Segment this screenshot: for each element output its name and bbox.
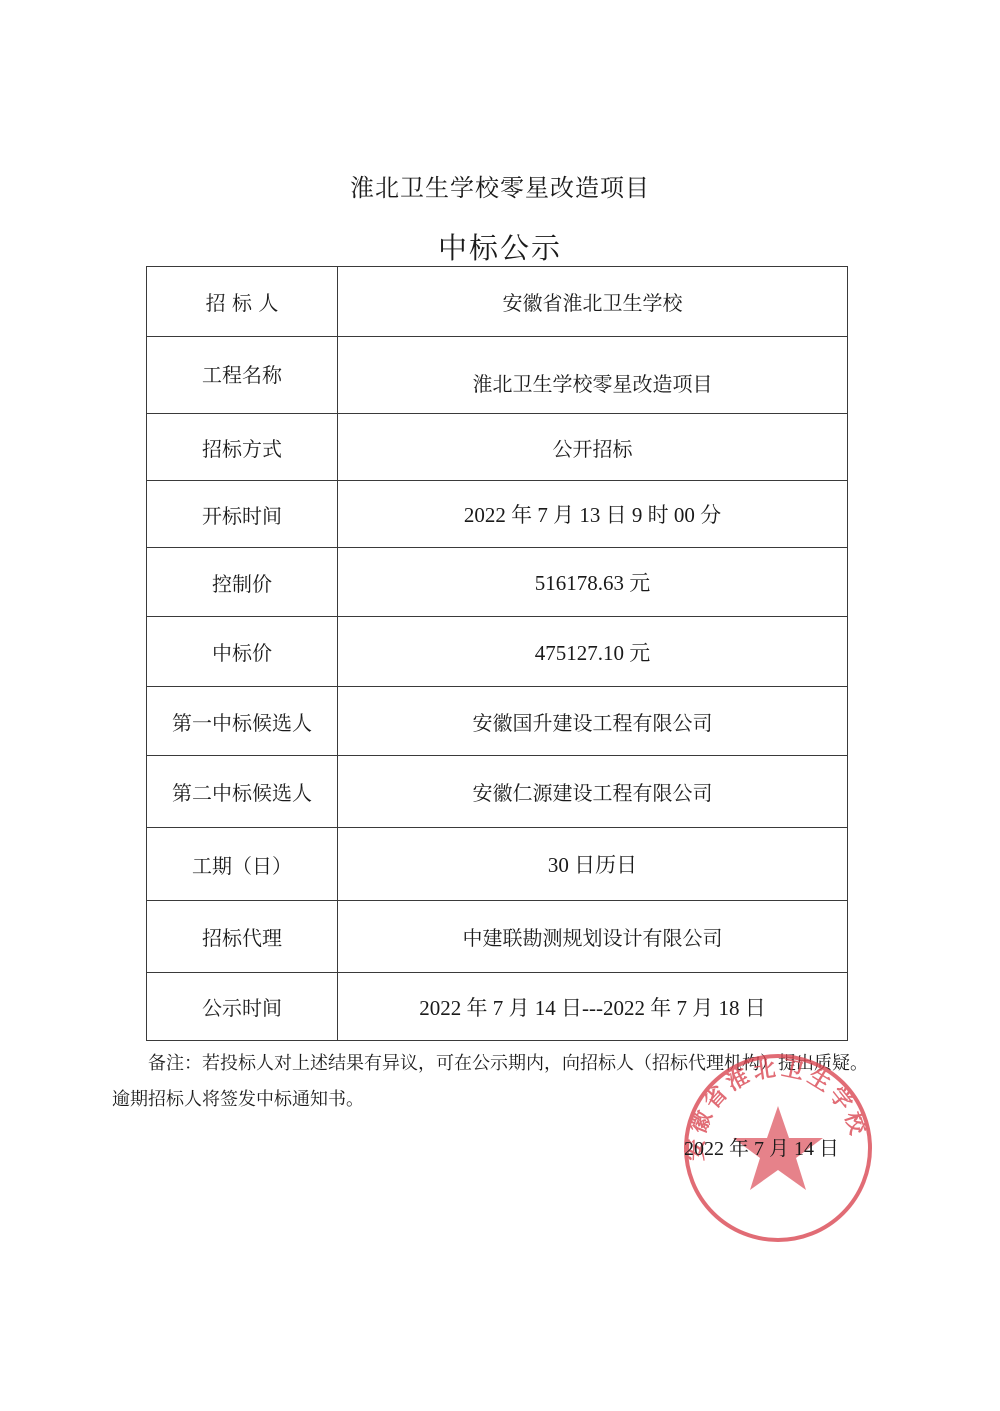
row-label-first-candidate: 第一中标候选人: [147, 687, 338, 756]
table-row: 开标时间 2022 年 7 月 13 日 9 时 00 分: [147, 481, 848, 548]
table-row: 公示时间 2022 年 7 月 14 日---2022 年 7 月 18 日: [147, 973, 848, 1041]
table-row: 控制价 516178.63 元: [147, 548, 848, 617]
signature-date: 2022 年 7 月 14 日: [684, 1132, 839, 1161]
document-subtitle: 中标公示: [0, 226, 1000, 267]
row-value-second-candidate: 安徽仁源建设工程有限公司: [338, 756, 848, 828]
table-row: 招 标 人 安徽省淮北卫生学校: [147, 267, 848, 337]
table-row: 中标价 475127.10 元: [147, 617, 848, 687]
row-label-second-candidate: 第二中标候选人: [147, 756, 338, 828]
row-value-project-name: 淮北卫生学校零星改造项目: [338, 337, 848, 414]
row-value-publicity-period: 2022 年 7 月 14 日---2022 年 7 月 18 日: [338, 973, 848, 1041]
row-value-duration: 30 日历日: [338, 828, 848, 901]
table-row: 第二中标候选人 安徽仁源建设工程有限公司: [147, 756, 848, 828]
row-value-control-price: 516178.63 元: [338, 548, 848, 617]
table-row: 工程名称 淮北卫生学校零星改造项目: [147, 337, 848, 414]
row-value-bid-method: 公开招标: [338, 414, 848, 481]
remarks-note: 备注：若投标人对上述结果有异议，可在公示期内，向招标人（招标代理机构）提出质疑。…: [112, 1046, 882, 1118]
row-label-winning-price: 中标价: [147, 617, 338, 687]
row-value-opening-time: 2022 年 7 月 13 日 9 时 00 分: [338, 481, 848, 548]
table-row: 招标方式 公开招标: [147, 414, 848, 481]
table-row: 第一中标候选人 安徽国升建设工程有限公司: [147, 687, 848, 756]
table-row: 招标代理 中建联勘测规划设计有限公司: [147, 901, 848, 973]
row-value-agent: 中建联勘测规划设计有限公司: [338, 901, 848, 973]
award-notice-table: 招 标 人 安徽省淮北卫生学校 工程名称 淮北卫生学校零星改造项目 招标方式 公…: [146, 266, 848, 1041]
row-label-tenderer: 招 标 人: [147, 267, 338, 337]
row-label-agent: 招标代理: [147, 901, 338, 973]
row-label-opening-time: 开标时间: [147, 481, 338, 548]
row-label-publicity-period: 公示时间: [147, 973, 338, 1041]
row-value-first-candidate: 安徽国升建设工程有限公司: [338, 687, 848, 756]
row-label-duration: 工期（日）: [147, 828, 338, 901]
row-label-bid-method: 招标方式: [147, 414, 338, 481]
table-row: 工期（日） 30 日历日: [147, 828, 848, 901]
row-value-winning-price: 475127.10 元: [338, 617, 848, 687]
row-label-control-price: 控制价: [147, 548, 338, 617]
row-label-project-name: 工程名称: [147, 337, 338, 414]
row-value-tenderer: 安徽省淮北卫生学校: [338, 267, 848, 337]
document-title: 淮北卫生学校零星改造项目: [0, 168, 1000, 203]
